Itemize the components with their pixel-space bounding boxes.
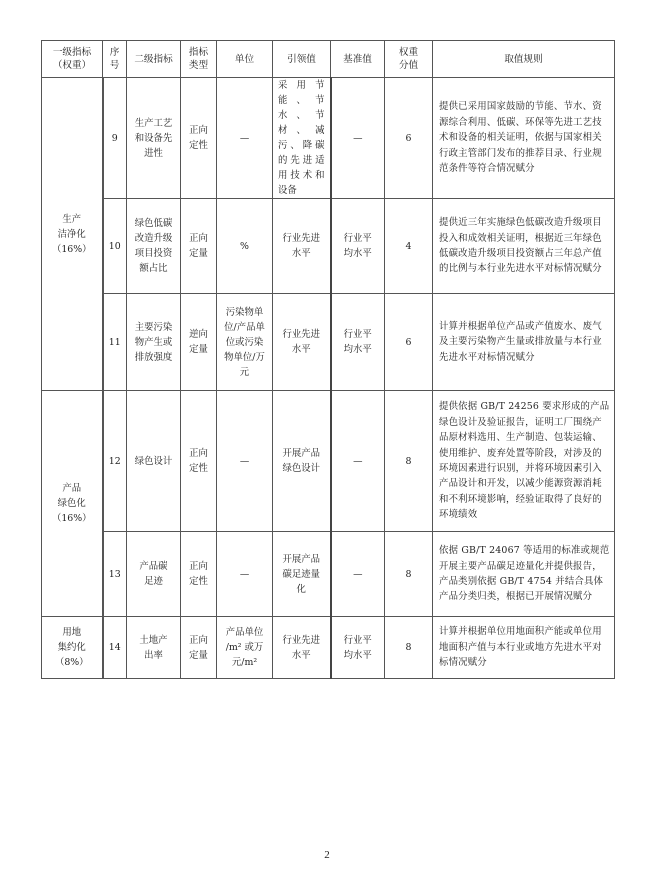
table-row: 用地集约化（8%） 14 土地产出率 正向定量 产品单位/m² 或万元/m² 行… — [42, 617, 615, 679]
header-baseline: 基准值 — [331, 41, 385, 78]
baseline-value: 行业平均水平 — [331, 199, 385, 294]
indicator-type: 正向定量 — [181, 617, 217, 679]
header-level2: 二级指标 — [127, 41, 181, 78]
lead-value: 行业先进水平 — [273, 199, 331, 294]
lead-value: 开展产品碳足迹量化 — [273, 532, 331, 617]
indicator-type: 逆向定量 — [181, 294, 217, 391]
score: 6 — [385, 78, 433, 199]
lead-value: 开展产品绿色设计 — [273, 391, 331, 532]
row-number: 13 — [103, 532, 127, 617]
indicator-type: 正向定性 — [181, 78, 217, 199]
header-rule: 取值规则 — [433, 41, 615, 78]
table-row: 11 主要污染物产生或排放强度 逆向定量 污染物单位/产品单位或污染物单位/万元… — [42, 294, 615, 391]
unit: — — [217, 78, 273, 199]
unit: % — [217, 199, 273, 294]
score: 8 — [385, 532, 433, 617]
unit: 产品单位/m² 或万元/m² — [217, 617, 273, 679]
indicator-name: 绿色低碳改造升级项目投资额占比 — [127, 199, 181, 294]
header-score: 权重分值 — [385, 41, 433, 78]
indicator-name: 产品碳足迹 — [127, 532, 181, 617]
rule-text: 提供已采用国家鼓励的节能、节水、资源综合利用、低碳、环保等先进工艺技术和设备的相… — [433, 78, 615, 199]
unit: — — [217, 532, 273, 617]
indicator-type: 正向定性 — [181, 391, 217, 532]
row-number: 11 — [103, 294, 127, 391]
row-number: 14 — [103, 617, 127, 679]
header-lead-value: 引领值 — [273, 41, 331, 78]
baseline-value: 行业平均水平 — [331, 294, 385, 391]
group-cell: 生产洁净化（16%） — [42, 78, 103, 391]
indicator-name: 绿色设计 — [127, 391, 181, 532]
rule-text: 提供近三年实施绿色低碳改造升级项目投入和成效相关证明，根据近三年绿色低碳改造升级… — [433, 199, 615, 294]
header-level1: 一级指标（权重） — [42, 41, 103, 78]
indicator-name: 主要污染物产生或排放强度 — [127, 294, 181, 391]
unit: 污染物单位/产品单位或污染物单位/万元 — [217, 294, 273, 391]
rule-text: 计算并根据单位产品或产值废水、废气及主要污染物产生量或排放量与本行业先进水平对标… — [433, 294, 615, 391]
group-cell: 用地集约化（8%） — [42, 617, 103, 679]
table-row: 13 产品碳足迹 正向定性 — 开展产品碳足迹量化 — 8 依据 GB/T 24… — [42, 532, 615, 617]
indicator-type: 正向定量 — [181, 199, 217, 294]
score: 8 — [385, 617, 433, 679]
indicator-name: 土地产出率 — [127, 617, 181, 679]
unit: — — [217, 391, 273, 532]
rule-text: 提供依据 GB/T 24256 要求形成的产品绿色设计及验证报告，证明工厂围绕产… — [433, 391, 615, 532]
score: 6 — [385, 294, 433, 391]
row-number: 10 — [103, 199, 127, 294]
header-number: 序号 — [103, 41, 127, 78]
table-row: 产品绿色化（16%） 12 绿色设计 正向定性 — 开展产品绿色设计 — 8 提… — [42, 391, 615, 532]
lead-value: 行业先进水平 — [273, 294, 331, 391]
lead-value: 行业先进水平 — [273, 617, 331, 679]
indicator-type: 正向定性 — [181, 532, 217, 617]
group-cell: 产品绿色化（16%） — [42, 391, 103, 617]
rule-text: 依据 GB/T 24067 等适用的标准或规范开展主要产品碳足迹量化并提供报告，… — [433, 532, 615, 617]
table-row: 生产洁净化（16%） 9 生产工艺和设备先进性 正向定性 — 采用节能、节水、节… — [42, 78, 615, 199]
score: 8 — [385, 391, 433, 532]
baseline-value: — — [331, 391, 385, 532]
table-header-row: 一级指标（权重） 序号 二级指标 指标类型 单位 引领值 基准值 权重分值 取值… — [42, 41, 615, 78]
indicator-table: 一级指标（权重） 序号 二级指标 指标类型 单位 引领值 基准值 权重分值 取值… — [41, 40, 615, 679]
page-number: 2 — [0, 849, 654, 861]
baseline-value: 行业平均水平 — [331, 617, 385, 679]
lead-value: 采用节能、节水、节材、减污、降碳的先进适用技术和设备 — [273, 78, 331, 199]
row-number: 9 — [103, 78, 127, 199]
table-row: 10 绿色低碳改造升级项目投资额占比 正向定量 % 行业先进水平 行业平均水平 … — [42, 199, 615, 294]
score: 4 — [385, 199, 433, 294]
indicator-name: 生产工艺和设备先进性 — [127, 78, 181, 199]
row-number: 12 — [103, 391, 127, 532]
rule-text: 计算并根据单位用地面积产能或单位用地面积产值与本行业或地方先进水平对标情况赋分 — [433, 617, 615, 679]
header-type: 指标类型 — [181, 41, 217, 78]
baseline-value: — — [331, 78, 385, 199]
header-unit: 单位 — [217, 41, 273, 78]
baseline-value: — — [331, 532, 385, 617]
